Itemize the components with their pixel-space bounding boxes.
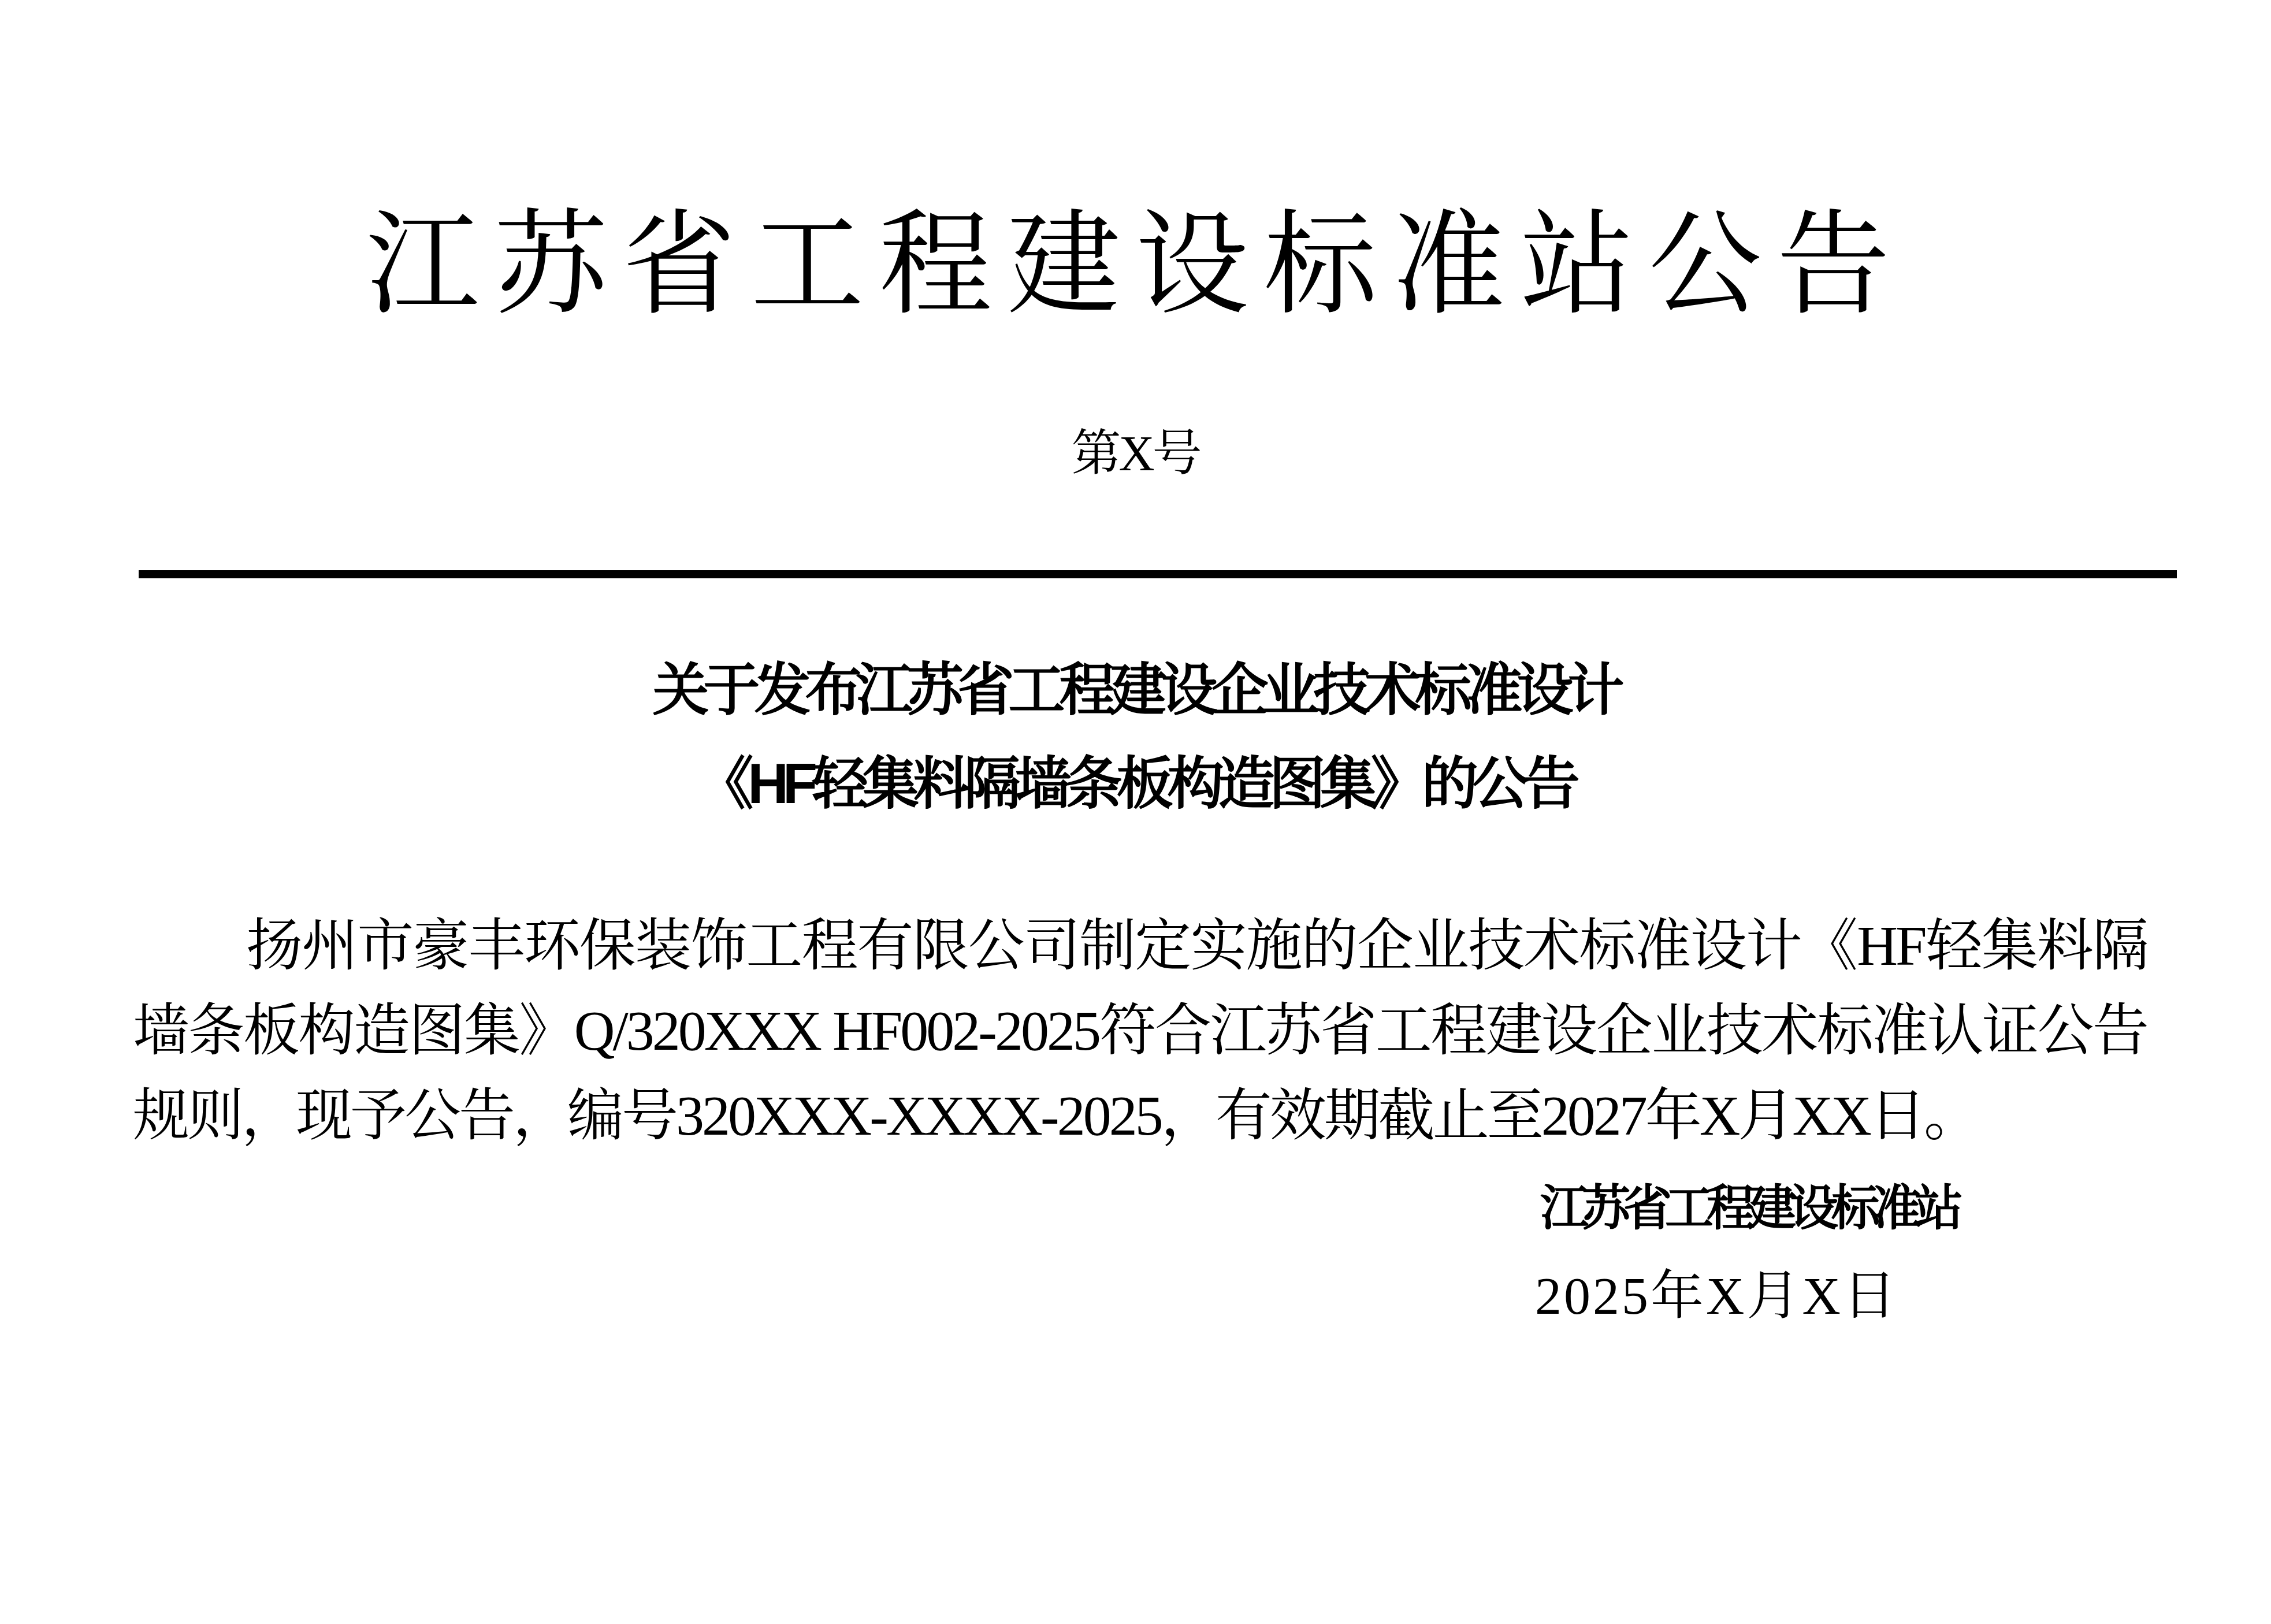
- signature-date: 2025年X月X日: [0, 1264, 2271, 1328]
- announcement-body: 扬州市豪丰环保装饰工程有限公司制定实施的企业技术标准设计《HF轻集料隔墙条板构造…: [133, 904, 2147, 1159]
- page-title: 江苏省工程建设标准站公告: [0, 0, 2271, 328]
- announcement-heading-line1: 关于发布江苏省工程建设企业技术标准设计: [0, 643, 2271, 737]
- announcement-heading: 关于发布江苏省工程建设企业技术标准设计 《HF轻集料隔墙条板构造图集》的公告: [0, 643, 2271, 830]
- doc-number: 第X号: [0, 425, 2271, 482]
- signature-organization: 江苏省工程建设标准站: [0, 1176, 2271, 1240]
- announcement-heading-line2: 《HF轻集料隔墙条板构造图集》的公告: [0, 737, 2271, 830]
- header-divider: [139, 570, 2177, 578]
- document-page: 江苏省工程建设标准站公告 第X号 关于发布江苏省工程建设企业技术标准设计 《HF…: [0, 0, 2271, 1624]
